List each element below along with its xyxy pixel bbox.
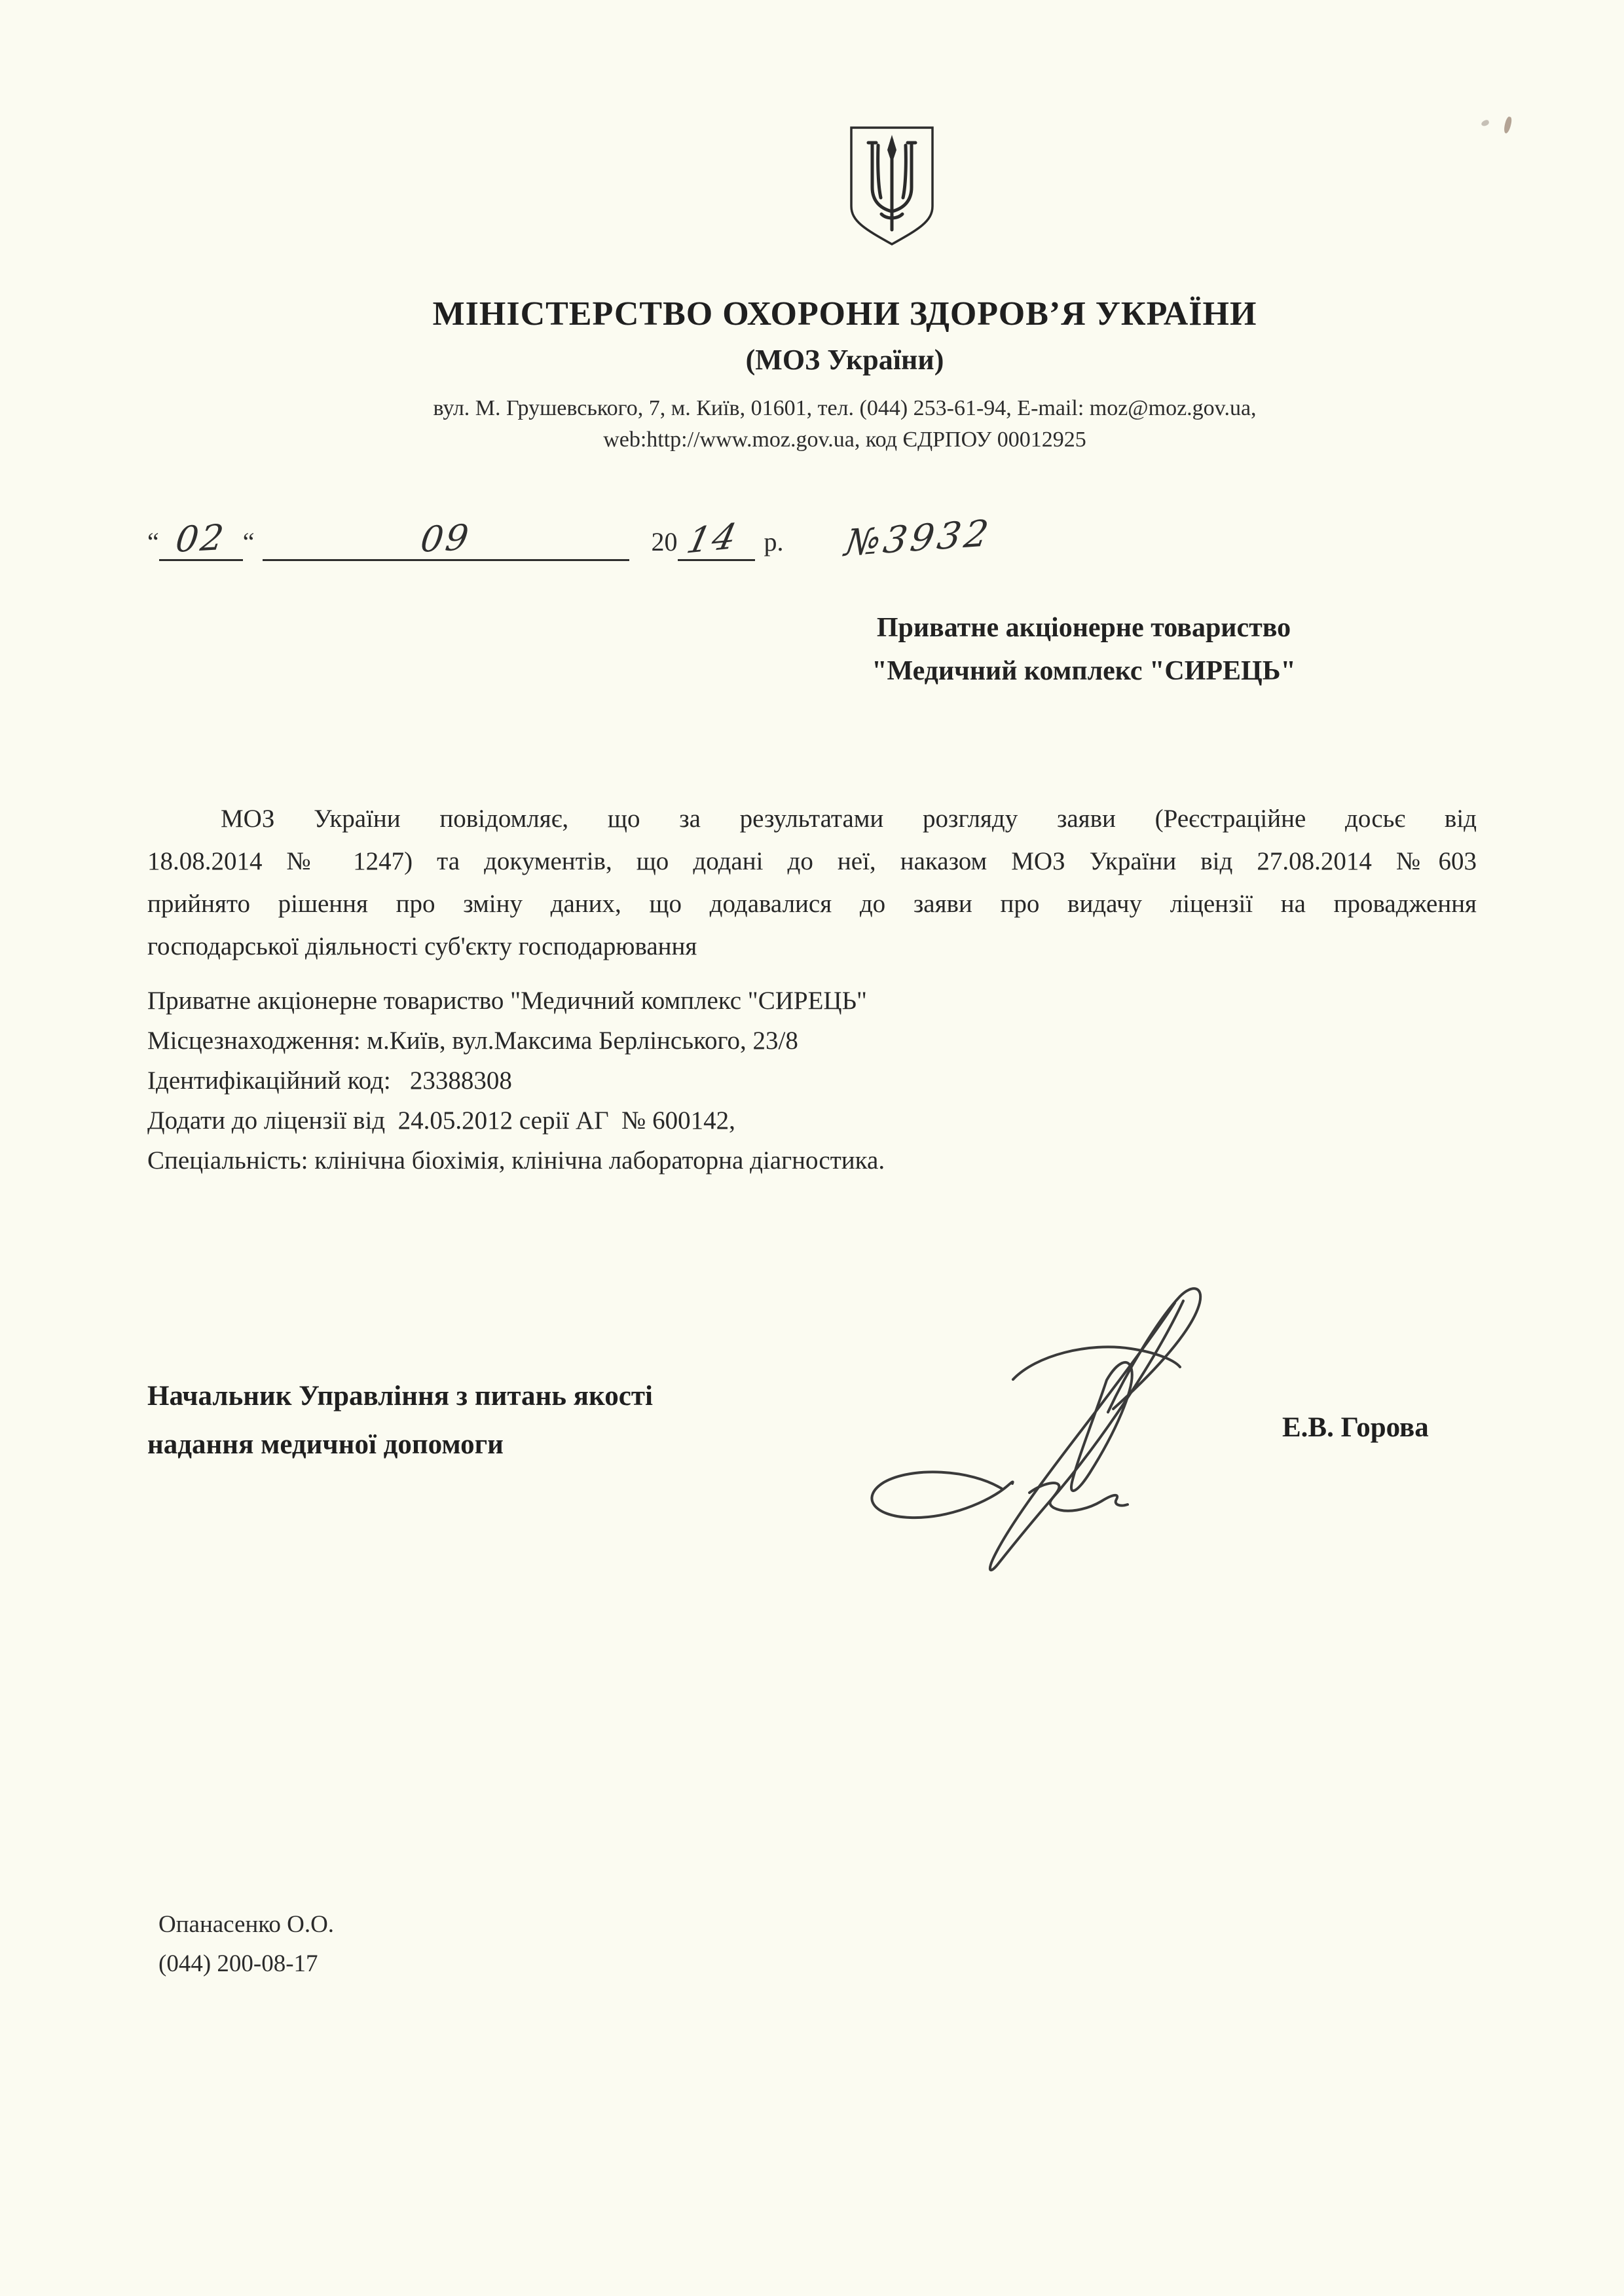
addressee-line1: Приватне акціонерне товариство xyxy=(773,606,1395,649)
ukraine-trident-emblem-icon xyxy=(845,123,938,250)
body-line: прийнято рішення про зміну даних, що дод… xyxy=(147,883,1477,925)
close-quote: “ xyxy=(243,526,255,557)
handwritten-doc-number: №3932 xyxy=(842,512,994,564)
handwritten-day: 02 xyxy=(174,517,228,560)
ministry-address-line2: web:http://www.moz.gov.ua, код ЄДРПОУ 00… xyxy=(196,428,1493,452)
detail-company: Приватне акціонерне товариство "Медичний… xyxy=(147,981,1503,1021)
year-label: р. xyxy=(764,526,784,557)
body-line: МОЗ України повідомляє, що за результата… xyxy=(147,797,1477,840)
scan-speck xyxy=(1503,116,1513,134)
reference-date-line: “ 02 “ 09 20 14 р. №3932 xyxy=(147,517,1130,561)
detail-id-code: Ідентифікаційний код: 23388308 xyxy=(147,1061,1503,1101)
handwritten-year: 14 xyxy=(683,515,743,561)
detail-location: Місцезнаходження: м.Київ, вул.Максима Бе… xyxy=(147,1021,1503,1061)
ministry-title: МІНІСТЕРСТВО ОХОРОНИ ЗДОРОВ’Я УКРАЇНИ xyxy=(131,295,1559,333)
addressee-block: Приватне акціонерне товариство "Медичний… xyxy=(773,606,1395,693)
handwritten-month: 09 xyxy=(418,517,473,560)
open-quote: “ xyxy=(147,526,159,557)
body-paragraph: МОЗ України повідомляє, що за результата… xyxy=(147,797,1477,968)
licensee-details: Приватне акціонерне товариство "Медичний… xyxy=(147,981,1503,1180)
addressee-line2: "Медичний комплекс "СИРЕЦЬ" xyxy=(773,649,1395,693)
document-page: { "page": { "background": "#fbfbf1", "in… xyxy=(0,0,1624,2296)
scan-speck xyxy=(1481,119,1490,127)
month-blank: 09 xyxy=(263,518,629,561)
ministry-address-line1: вул. М. Грушевського, 7, м. Київ, 01601,… xyxy=(196,396,1493,421)
body-line: 18.08.2014 № 1247) та документів, що дод… xyxy=(147,840,1477,883)
detail-license: Додати до ліцензії від 24.05.2012 серії … xyxy=(147,1101,1503,1140)
body-line: господарської діяльності суб'єкту господ… xyxy=(147,925,1477,968)
handwritten-signature-icon xyxy=(826,1252,1236,1609)
executor-name: Опанасенко О.О. xyxy=(158,1905,334,1944)
detail-speciality: Спеціальність: клінічна біохімія, клініч… xyxy=(147,1140,1503,1180)
executor-contact-block: Опанасенко О.О. (044) 200-08-17 xyxy=(158,1905,334,1984)
signer-name: Е.В. Горова xyxy=(1282,1412,1429,1444)
year-blank: 14 xyxy=(678,518,755,561)
day-blank: 02 xyxy=(159,518,243,561)
year-prefix: 20 xyxy=(652,526,678,557)
executor-phone: (044) 200-08-17 xyxy=(158,1944,334,1984)
ministry-short-name: (МОЗ України) xyxy=(131,343,1559,376)
